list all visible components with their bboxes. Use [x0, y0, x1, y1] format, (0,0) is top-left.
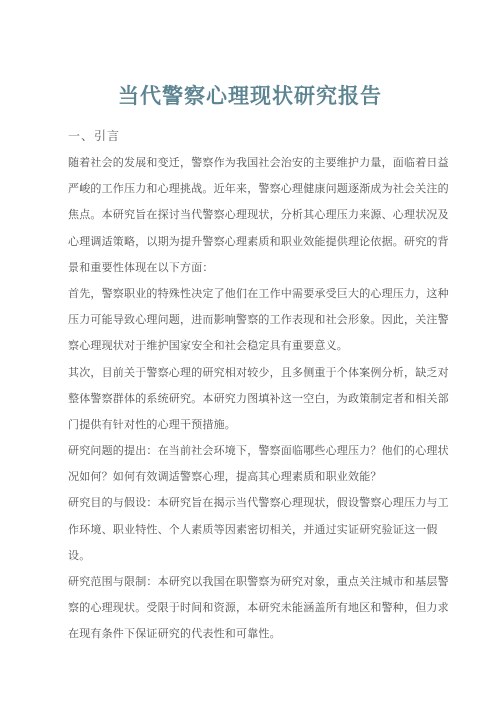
- text-line: 研究目的与假设：本研究旨在揭示当代警察心理现状，假设警察心理压力与工: [68, 490, 440, 516]
- document-body: 随着社会的发展和变迁，警察作为我国社会治安的主要维护力量，面临着日益 严峻的工作…: [68, 150, 440, 648]
- text-line: 设。: [68, 543, 440, 569]
- text-line: 在现有条件下保证研究的代表性和可靠性。: [68, 621, 440, 647]
- text-line: 首先，警察职业的特殊性决定了他们在工作中需要承受巨大的心理压力，这种: [68, 281, 440, 307]
- document-page: 当代警察心理现状研究报告 一、引言 随着社会的发展和变迁，警察作为我国社会治安的…: [0, 0, 500, 707]
- text-line: 况如何？如何有效调适警察心理，提高其心理素质和职业效能？: [68, 464, 440, 490]
- text-line: 随着社会的发展和变迁，警察作为我国社会治安的主要维护力量，面临着日益: [68, 150, 440, 176]
- text-line: 严峻的工作压力和心理挑战。近年来，警察心理健康问题逐渐成为社会关注的: [68, 176, 440, 202]
- text-line: 压力可能导致心理问题，进而影响警察的工作表现和社会形象。因此，关注警: [68, 307, 440, 333]
- text-line: 作环境、职业特性、个人素质等因素密切相关，并通过实证研究验证这一假: [68, 517, 440, 543]
- text-line: 察的心理现状。受限于时间和资源，本研究未能涵盖所有地区和警种，但力求: [68, 595, 440, 621]
- paragraph-research-purpose: 研究目的与假设：本研究旨在揭示当代警察心理现状，假设警察心理压力与工 作环境、职…: [68, 490, 440, 569]
- text-line: 心理调适策略，以期为提升警察心理素质和职业效能提供理论依据。研究的背: [68, 229, 440, 255]
- text-line: 研究问题的提出：在当前社会环境下，警察面临哪些心理压力？他们的心理状: [68, 438, 440, 464]
- text-line: 察心理现状对于维护国家安全和社会稳定具有重要意义。: [68, 333, 440, 359]
- section-heading-introduction: 一、引言: [68, 127, 120, 144]
- paragraph-first-point: 首先，警察职业的特殊性决定了他们在工作中需要承受巨大的心理压力，这种 压力可能导…: [68, 281, 440, 360]
- paragraph-background: 随着社会的发展和变迁，警察作为我国社会治安的主要维护力量，面临着日益 严峻的工作…: [68, 150, 440, 281]
- text-line: 其次，目前关于警察心理的研究相对较少，且多侧重于个体案例分析，缺乏对: [68, 360, 440, 386]
- paragraph-research-questions: 研究问题的提出：在当前社会环境下，警察面临哪些心理压力？他们的心理状 况如何？如…: [68, 438, 440, 490]
- paragraph-research-scope: 研究范围与限制：本研究以我国在职警察为研究对象，重点关注城市和基层警 察的心理现…: [68, 569, 440, 648]
- text-line: 焦点。本研究旨在探讨当代警察心理现状，分析其心理压力来源、心理状况及: [68, 202, 440, 228]
- text-line: 整体警察群体的系统研究。本研究力图填补这一空白，为政策制定者和相关部: [68, 386, 440, 412]
- document-title: 当代警察心理现状研究报告: [0, 80, 500, 110]
- paragraph-second-point: 其次，目前关于警察心理的研究相对较少，且多侧重于个体案例分析，缺乏对 整体警察群…: [68, 360, 440, 439]
- text-line: 景和重要性体现在以下方面：: [68, 255, 440, 281]
- text-line: 门提供有针对性的心理干预措施。: [68, 412, 440, 438]
- text-line: 研究范围与限制：本研究以我国在职警察为研究对象，重点关注城市和基层警: [68, 569, 440, 595]
